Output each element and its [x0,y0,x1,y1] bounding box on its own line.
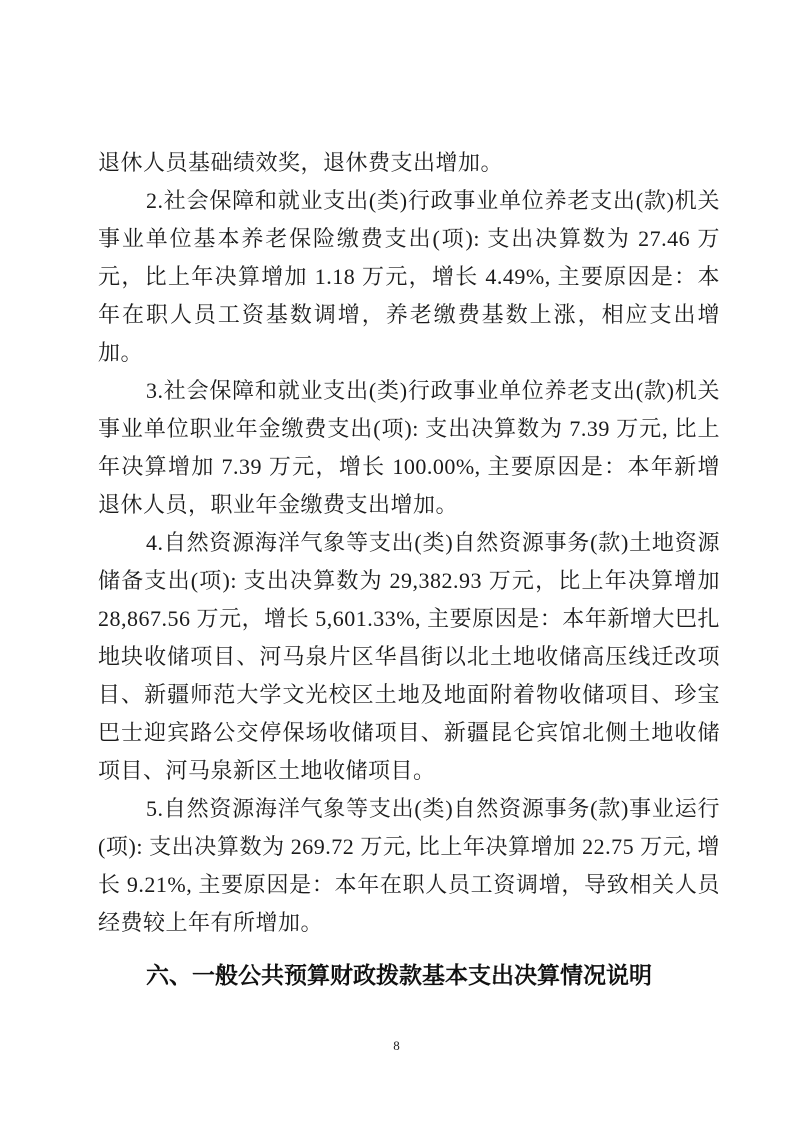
paragraph-item-2: 2.社会保障和就业支出(类)行政事业单位养老支出(款)机关事业单位基本养老保险缴… [98,182,720,372]
section-heading: 六、一般公共预算财政拨款基本支出决算情况说明 [98,956,720,994]
document-page: 退休人员基础绩效奖，退休费支出增加。 2.社会保障和就业支出(类)行政事业单位养… [0,0,793,1122]
paragraph-item-5: 5.自然资源海洋气象等支出(类)自然资源事务(款)事业运行(项): 支出决算数为… [98,790,720,942]
page-number: 8 [0,1038,793,1054]
paragraph-item-4: 4.自然资源海洋气象等支出(类)自然资源事务(款)土地资源储备支出(项): 支出… [98,524,720,790]
paragraph-continuation: 退休人员基础绩效奖，退休费支出增加。 [98,144,720,182]
page-body: 退休人员基础绩效奖，退休费支出增加。 2.社会保障和就业支出(类)行政事业单位养… [98,144,720,994]
paragraph-item-3: 3.社会保障和就业支出(类)行政事业单位养老支出(款)机关事业单位职业年金缴费支… [98,372,720,524]
